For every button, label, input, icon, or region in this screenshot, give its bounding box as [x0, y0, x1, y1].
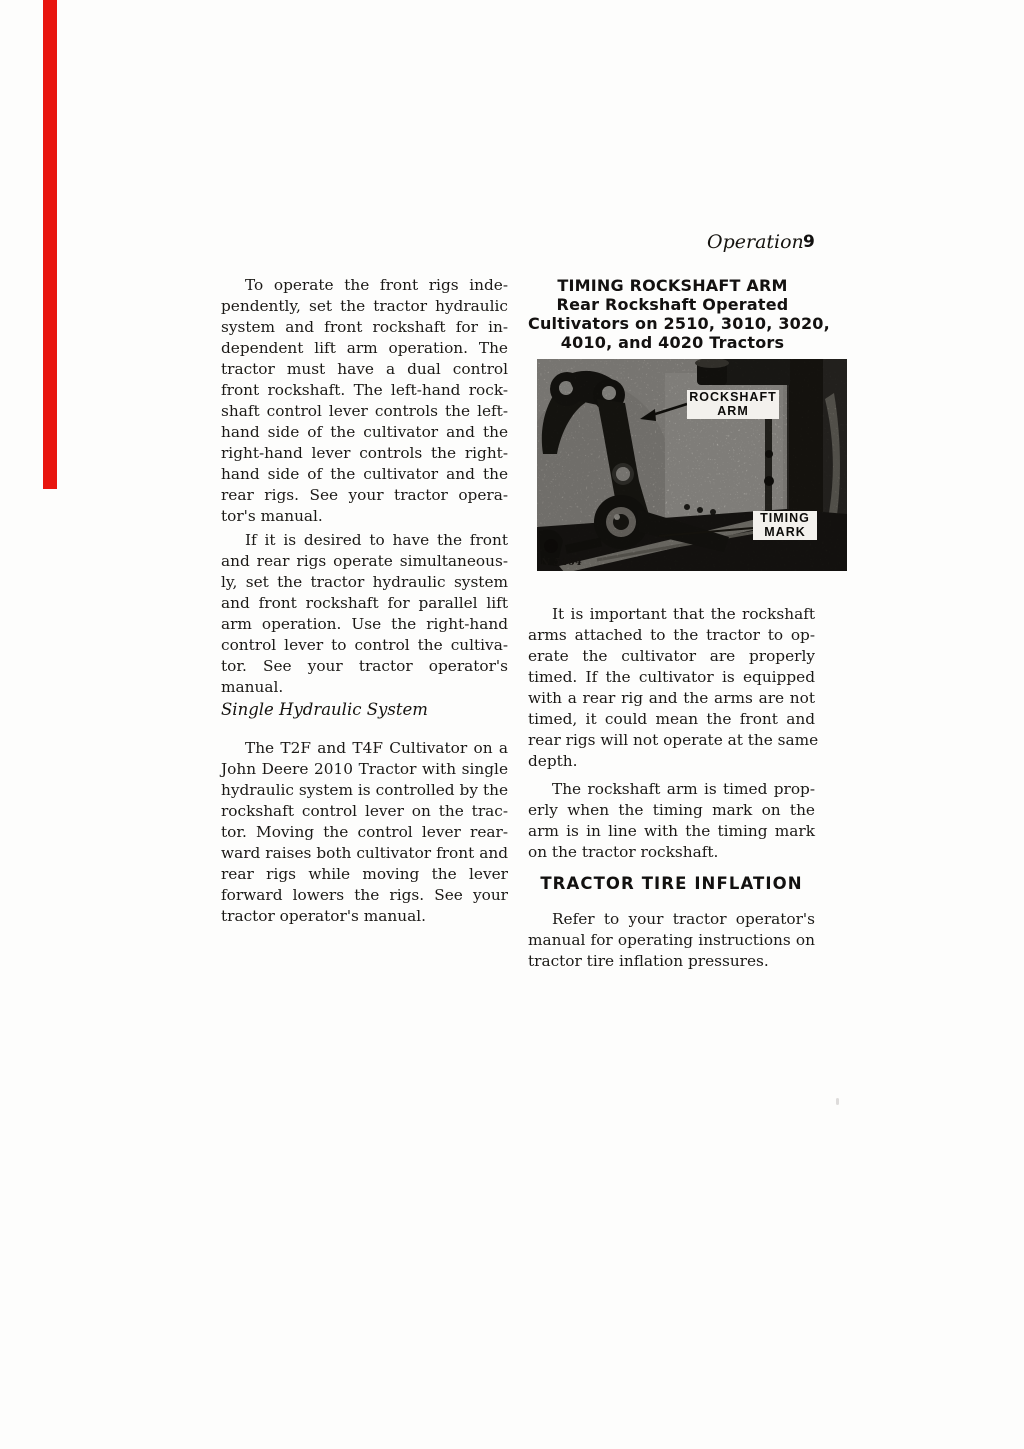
- subheading-single-hydraulic-system: Single Hydraulic System: [221, 700, 508, 719]
- text-line: tor. See your tractor operator's: [221, 656, 508, 677]
- text-line: rear rigs will not operate at the same: [528, 730, 815, 751]
- figure-label-rockshaft-arm: ROCKSHAFTARM: [687, 390, 779, 419]
- text-line: The T2F and T4F Cultivator on a: [221, 738, 508, 759]
- text-line: rockshaft control lever on the trac-: [221, 801, 508, 822]
- text-line: tor's manual.: [221, 506, 508, 527]
- text-line: pendently, set the tractor hydraulic: [221, 296, 508, 317]
- paragraph-t2f-t4f: The T2F and T4F Cultivator on aJohn Deer…: [221, 738, 508, 927]
- text-line: hydraulic system is controlled by the: [221, 780, 508, 801]
- text-line: system and front rockshaft for in-: [221, 317, 508, 338]
- paragraph-timed-properly: The rockshaft arm is timed prop-erly whe…: [528, 779, 815, 863]
- left-column: To operate the front rigs inde-pendently…: [221, 275, 508, 927]
- text-line: ward raises both cultivator front and: [221, 843, 508, 864]
- text-line: Cultivators on 2510, 3010, 3020,: [528, 314, 817, 333]
- text-line: hand side of the cultivator and the: [221, 464, 508, 485]
- text-line: tractor operator's manual.: [221, 906, 508, 927]
- text-line: ROCKSHAFT: [689, 391, 777, 405]
- text-line: erate the cultivator are properly: [528, 646, 815, 667]
- text-line: timed. If the cultivator is equipped: [528, 667, 815, 688]
- heading-tractor-tire-inflation: TRACTOR TIRE INFLATION: [528, 874, 815, 893]
- text-line: tractor must have a dual control: [221, 359, 508, 380]
- text-line: and rear rigs operate simultaneous-: [221, 551, 508, 572]
- figure-photo-code: N 5164: [541, 557, 582, 568]
- text-line: 4010, and 4020 Tractors: [528, 333, 817, 352]
- text-line: arm is in line with the timing mark: [528, 821, 815, 842]
- text-line: erly when the timing mark on the: [528, 800, 815, 821]
- text-line: manual for operating instructions on: [528, 930, 815, 951]
- right-column: It is important that the rockshaftarms a…: [528, 604, 815, 972]
- text-line: dependent lift arm operation. The: [221, 338, 508, 359]
- text-line: TIMING: [755, 512, 815, 526]
- text-line: rear rigs. See your tractor opera-: [221, 485, 508, 506]
- text-line: Rear Rockshaft Operated: [528, 295, 817, 314]
- text-line: To operate the front rigs inde-: [221, 275, 508, 296]
- text-line: MARK: [755, 526, 815, 540]
- paragraph-refer-manual: Refer to your tractor operator'smanual f…: [528, 909, 815, 972]
- text-line: with a rear rig and the arms are not: [528, 688, 815, 709]
- text-line: It is important that the rockshaft: [528, 604, 815, 625]
- text-line: arm operation. Use the right-hand: [221, 614, 508, 635]
- text-line: shaft control lever controls the left-: [221, 401, 508, 422]
- text-line: ARM: [689, 405, 777, 419]
- manual-page: Operation 9 To operate the front rigs in…: [0, 0, 1024, 1449]
- text-line: ly, set the tractor hydraulic system: [221, 572, 508, 593]
- text-line: right-hand lever controls the right-: [221, 443, 508, 464]
- text-line: and front rockshaft for parallel lift: [221, 593, 508, 614]
- text-line: Refer to your tractor operator's: [528, 909, 815, 930]
- heading-timing-rockshaft-arm: TIMING ROCKSHAFT ARMRear Rockshaft Opera…: [528, 276, 817, 352]
- text-line: forward lowers the rigs. See your: [221, 885, 508, 906]
- paragraph-important-timing: It is important that the rockshaftarms a…: [528, 604, 815, 772]
- scan-speck: [836, 1098, 839, 1105]
- paragraph-simultaneous: If it is desired to have the frontand re…: [221, 530, 508, 698]
- figure-rockshaft-photo: ROCKSHAFTARM TIMINGMARK N 5164: [537, 359, 847, 571]
- text-line: control lever to control the cultiva-: [221, 635, 508, 656]
- red-margin-bar: [43, 0, 57, 489]
- text-line: John Deere 2010 Tractor with single: [221, 759, 508, 780]
- page-number: 9: [803, 232, 815, 252]
- text-line: front rockshaft. The left-hand rock-: [221, 380, 508, 401]
- text-line: If it is desired to have the front: [221, 530, 508, 551]
- text-line: on the tractor rockshaft.: [528, 842, 815, 863]
- text-line: The rockshaft arm is timed prop-: [528, 779, 815, 800]
- text-line: arms attached to the tractor to op-: [528, 625, 815, 646]
- figure-label-timing-mark: TIMINGMARK: [753, 511, 817, 540]
- text-line: tractor tire inflation pressures.: [528, 951, 815, 972]
- text-line: manual.: [221, 677, 508, 698]
- text-line: hand side of the cultivator and the: [221, 422, 508, 443]
- text-line: rear rigs while moving the lever: [221, 864, 508, 885]
- text-line: tor. Moving the control lever rear-: [221, 822, 508, 843]
- text-line: timed, it could mean the front and: [528, 709, 815, 730]
- paragraph-front-rigs: To operate the front rigs inde-pendently…: [221, 275, 508, 527]
- running-header-section-title: Operation: [707, 231, 804, 253]
- text-line: depth.: [528, 751, 815, 772]
- text-line: TIMING ROCKSHAFT ARM: [528, 276, 817, 295]
